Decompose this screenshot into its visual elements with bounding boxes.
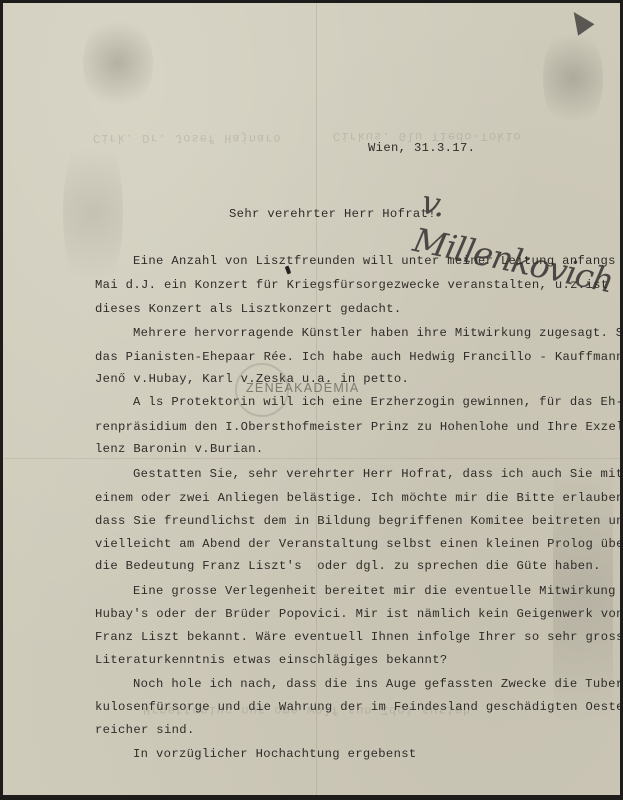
letter-date: Wien, 31.3.17. — [368, 142, 475, 154]
body-line: die Bedeutung Franz Liszt's oder dgl. zu… — [95, 560, 601, 572]
body-line: dieses Konzert als Lisztkonzert gedacht. — [95, 303, 402, 315]
body-line: Mai d.J. ein Konzert für Kriegsfürsorgez… — [95, 279, 608, 291]
body-line: A ls Protektorin will ich eine Erzherzog… — [95, 396, 620, 408]
closing-line: In vorzüglicher Hochachtung ergebenst — [95, 748, 417, 760]
archive-watermark: ZENEAKADÉMIA — [246, 381, 360, 395]
body-line: Gestatten Sie, sehr verehrter Herr Hofra… — [95, 468, 620, 480]
body-line: dass Sie freundlichst dem in Bildung beg… — [95, 515, 620, 527]
body-line: vielleicht am Abend der Veranstaltung se… — [95, 538, 620, 550]
body-line: Hubay's oder der Brüder Popovici. Mir is… — [95, 608, 620, 620]
body-line: Mehrere hervorragende Künstler haben ihr… — [95, 327, 620, 339]
body-line: Eine grosse Verlegenheit bereitet mir di… — [95, 585, 616, 597]
letter-page: Cirkus. Glu Tiedo-Tokio Cirk. Dr. Josef … — [3, 3, 620, 795]
body-line: renpräsidium den I.Obersthofmeister Prin… — [95, 421, 620, 433]
paper-fold-horizontal — [3, 458, 620, 459]
body-line: Franz Liszt bekannt. Wäre eventuell Ihne… — [95, 631, 620, 643]
smudge — [543, 23, 603, 133]
body-line: reicher sind. — [95, 724, 195, 736]
salutation: Sehr verehrter Herr Hofrat! — [229, 208, 436, 220]
body-line: einem oder zwei Anliegen belästige. Ich … — [95, 492, 620, 504]
body-line: lenz Baronin v.Burian. — [95, 443, 264, 455]
smudge — [83, 13, 153, 113]
body-line: kulosenfürsorge und die Wahrung der im F… — [95, 701, 620, 713]
body-line: das Pianisten-Ehepaar Rée. Ich habe auch… — [95, 351, 620, 363]
body-line: Noch hole ich nach, dass die ins Auge ge… — [95, 678, 620, 690]
smudge — [63, 123, 123, 303]
body-line: Literaturkenntnis etwas einschlägiges be… — [95, 654, 448, 666]
body-line: Eine Anzahl von Lisztfreunden will unter… — [95, 255, 616, 267]
bleed-through-text: Cirk. Dr. Josef Hajnaro — [93, 131, 282, 145]
